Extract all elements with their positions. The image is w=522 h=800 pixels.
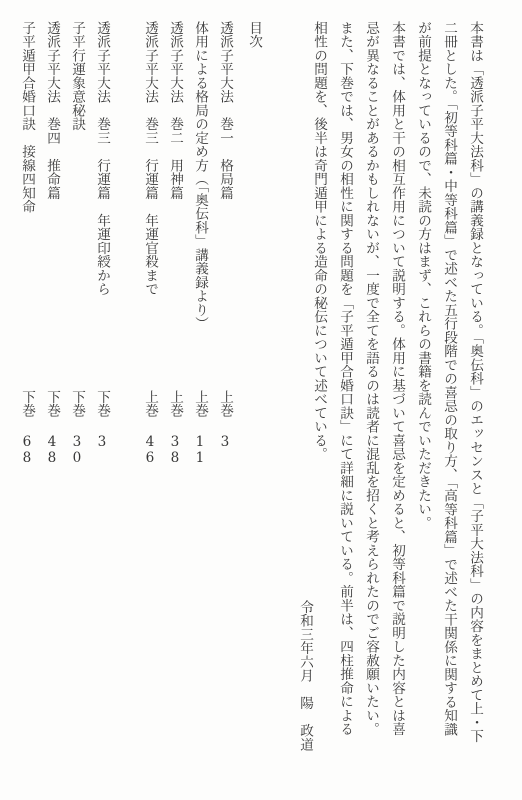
toc-page-number: 38: [167, 434, 183, 466]
toc-page-ref: 上巻11: [187, 390, 212, 466]
toc-entry: 子平行運象意秘訣 下巻30: [64, 21, 89, 481]
table-of-contents: 目次 透派子平大法 巻一 格局篇 上巻3 体用による格局の定め方（「奥伝科」講義…: [14, 21, 266, 481]
toc-page-number: 68: [19, 434, 35, 466]
preface-column: 二冊とした。「初等科篇・中等科篇」で述べた五行段階での喜忌の取り方、「高等科篇」…: [436, 21, 462, 743]
toc-volume-label: 下巻: [69, 390, 85, 418]
toc-entry: 透派子平大法 巻三 行運篇 年運官殺まで 上巻46: [137, 21, 162, 481]
toc-volume-label: 下巻: [44, 390, 60, 418]
toc-page-number: 3: [217, 434, 233, 450]
toc-entry: 体用による格局の定め方（「奥伝科」講義録より） 上巻11: [187, 21, 212, 481]
toc-entry-title: 透派子平大法 巻四 推命篇: [44, 21, 60, 200]
toc-entry-title: 子平遁甲合婚口訣 接線四知命: [19, 21, 35, 214]
toc-page-number: 11: [192, 434, 208, 466]
preface-column: 忌が異なることがあるかもしれないが、一度で全てを語るのは読者に混乱を招くと考えら…: [358, 21, 384, 743]
toc-entry-title: 子平行運象意秘訣: [69, 21, 85, 131]
toc-page-number: 46: [142, 434, 158, 466]
toc-volume-label: 下巻: [19, 390, 35, 418]
toc-page-ref: 下巻48: [39, 390, 64, 466]
toc-page-number: 48: [44, 434, 60, 466]
toc-page-ref: 上巻3: [212, 390, 237, 450]
toc-volume-label: 上巻: [142, 390, 158, 418]
toc-page-ref: 下巻3: [89, 390, 114, 450]
toc-entry-title: 透派子平大法 巻三 行運篇 年運官殺まで: [142, 21, 158, 296]
toc-page-ref: 下巻68: [14, 390, 39, 466]
toc-entry: 透派子平大法 巻三 行運篇 年運印綬から 下巻3: [89, 21, 114, 481]
toc-entry-title: 体用による格局の定め方（「奥伝科」講義録より）: [192, 21, 208, 330]
book-page: 本書は「透派子平大法科」の講義録となっている。「奥伝科」のエッセンスと「子平大法…: [0, 0, 522, 800]
toc-page-number: 30: [69, 434, 85, 466]
toc-volume-label: 上巻: [192, 390, 208, 418]
preface-column: 本書は「透派子平大法科」の講義録となっている。「奥伝科」のエッセンスと「子平大法…: [462, 21, 488, 743]
preface-text: 本書は「透派子平大法科」の講義録となっている。「奥伝科」のエッセンスと「子平大法…: [306, 21, 488, 743]
toc-entry: 子平遁甲合婚口訣 接線四知命 下巻68: [14, 21, 39, 481]
toc-page-ref: 上巻38: [162, 390, 187, 466]
preface-column: が前提となっているので、未読の方はまず、これらの書籍を読んでいただきたい。: [410, 21, 436, 743]
toc-entry: 透派子平大法 巻四 推命篇 下巻48: [39, 21, 64, 481]
toc-entry-title: 透派子平大法 巻二 用神篇: [167, 21, 183, 200]
toc-heading: 目次: [241, 21, 266, 481]
toc-page-ref: 下巻30: [64, 390, 89, 466]
toc-volume-label: 下巻: [94, 390, 110, 418]
toc-entry-title: 透派子平大法 巻一 格局篇: [217, 21, 233, 200]
toc-volume-label: 上巻: [217, 390, 233, 418]
toc-page-ref: 上巻46: [137, 390, 162, 466]
toc-page-number: 3: [94, 434, 110, 450]
date-author-line: 令和三年六月 陽 政道: [292, 600, 318, 751]
preface-column: 本書では、体用と干の相互作用について説明する。体用に基づいて喜忌を定めると、初等…: [384, 21, 410, 743]
toc-volume-label: 上巻: [167, 390, 183, 418]
toc-entry: 透派子平大法 巻一 格局篇 上巻3: [212, 21, 237, 481]
toc-entry: 透派子平大法 巻二 用神篇 上巻38: [162, 21, 187, 481]
toc-entry-title: 透派子平大法 巻三 行運篇 年運印綬から: [94, 21, 110, 296]
preface-column: また、下巻では、男女の相性に関する問題を「子平遁甲合婚口訣」にて詳細に説いている…: [332, 21, 358, 743]
